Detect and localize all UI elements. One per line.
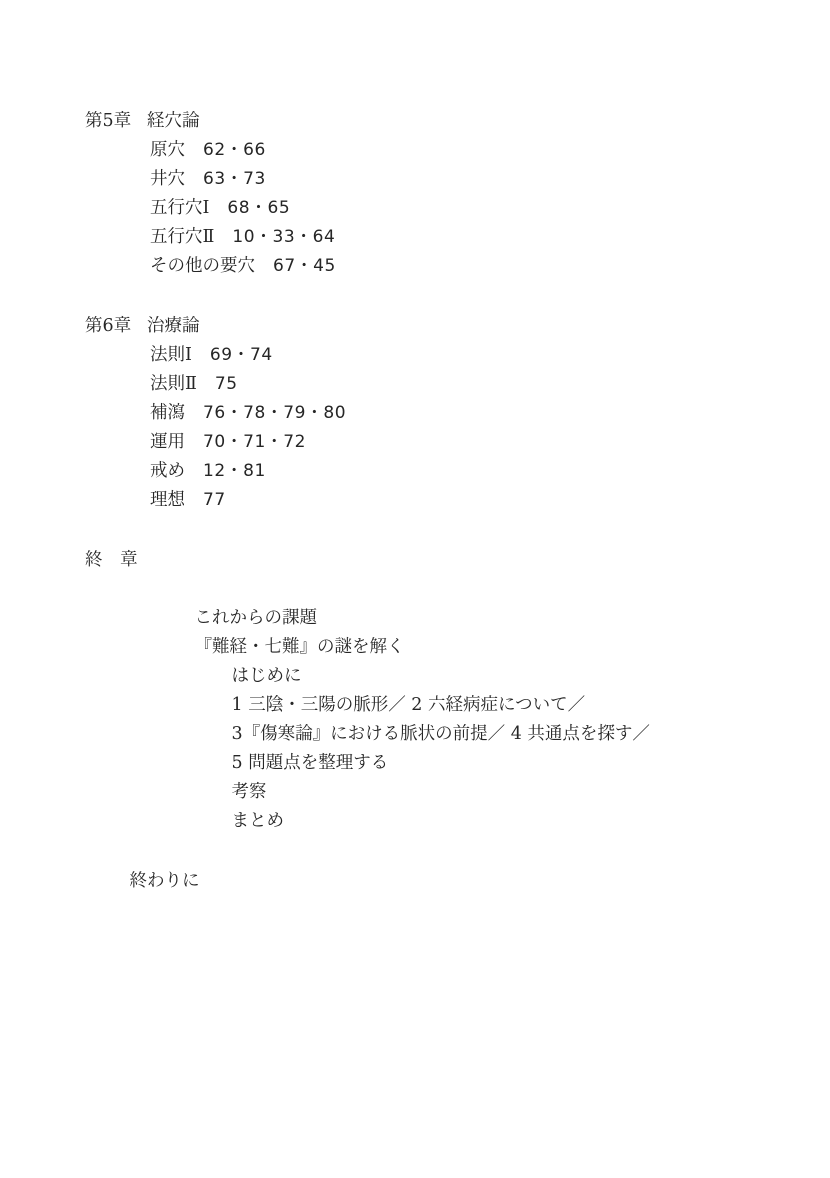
toc-item: 五行穴Ⅰ 68・65 [85,194,790,223]
toc-item: 五行穴Ⅱ 10・33・64 [85,223,790,252]
toc-item-label: 理想 [150,486,185,515]
toc-item-label: 補瀉 [150,399,185,428]
toc-item: 法則Ⅰ 69・74 [85,341,790,370]
chapter-title: 経穴論 [147,107,200,136]
toc-item-pages: 69・74 [210,341,273,370]
toc-line-text: 3『傷寒論』における脈状の前提／ 4 共通点を探す／ [232,724,650,744]
toc-item: 原穴 62・66 [85,136,790,165]
toc-item-label: 原穴 [150,136,185,165]
toc-line-text: 考察 [232,782,267,802]
toc-item-pages: 70・71・72 [203,428,306,457]
toc-item-label: 井穴 [150,165,185,194]
toc-item: 法則Ⅱ 75 [85,370,790,399]
toc-section-final-chapter: 終 章 これからの課題 『難経・七難』の謎を解く はじめに 1 三陰・三陽の脈形… [85,546,790,807]
chapter-heading: 第6章 治療論 [85,312,790,341]
toc-item-pages: 10・33・64 [232,223,335,252]
toc-item-label: 五行穴Ⅱ [150,223,214,252]
closing-line-text: 終わりに [130,871,200,891]
toc-item-pages: 76・78・79・80 [203,399,346,428]
toc-item: 運用 70・71・72 [85,428,790,457]
toc-item-pages: 67・45 [273,252,336,281]
toc-line-text: はじめに [232,666,302,686]
toc-content: 第5章 経穴論 原穴 62・66 井穴 63・73 五行穴Ⅰ 68・65 五行穴… [85,107,790,867]
toc-item: 補瀉 76・78・79・80 [85,399,790,428]
toc-page: 第5章 経穴論 原穴 62・66 井穴 63・73 五行穴Ⅰ 68・65 五行穴… [0,0,830,1178]
toc-section-chapter5: 第5章 経穴論 原穴 62・66 井穴 63・73 五行穴Ⅰ 68・65 五行穴… [85,107,790,281]
toc-line-text: 1 三陰・三陽の脈形／ 2 六経病症について／ [232,695,586,715]
toc-item-label: 戒め [150,457,185,486]
chapter-title: 治療論 [147,312,200,341]
toc-item-label: その他の要穴 [150,252,255,281]
toc-line-text: まとめ [232,811,285,831]
toc-item: 井穴 63・73 [85,165,790,194]
toc-item-pages: 75 [215,370,238,399]
toc-item: 戒め 12・81 [85,457,790,486]
chapter-number: 終 章 [85,546,147,575]
toc-line: これからの課題 [85,575,790,604]
toc-item: 理想 77 [85,486,790,515]
toc-item-label: 法則Ⅰ [150,341,192,370]
toc-item-label: 運用 [150,428,185,457]
toc-item-pages: 68・65 [227,194,290,223]
toc-line-text: これからの課題 [195,608,318,628]
toc-item-pages: 62・66 [203,136,266,165]
toc-item: その他の要穴 67・45 [85,252,790,281]
chapter-number: 第5章 [85,107,147,136]
toc-item-label: 五行穴Ⅰ [150,194,209,223]
toc-item-pages: 77 [203,486,226,515]
toc-item-pages: 63・73 [203,165,266,194]
chapter-heading: 終 章 [85,546,790,575]
toc-item-label: 法則Ⅱ [150,370,197,399]
chapter-heading: 第5章 経穴論 [85,107,790,136]
toc-line-text: 5 問題点を整理する [232,753,389,773]
chapter-number: 第6章 [85,312,147,341]
toc-section-chapter6: 第6章 治療論 法則Ⅰ 69・74 法則Ⅱ 75 補瀉 76・78・79・80 … [85,312,790,515]
toc-item-pages: 12・81 [203,457,266,486]
toc-line-text: 『難経・七難』の謎を解く [195,637,405,657]
